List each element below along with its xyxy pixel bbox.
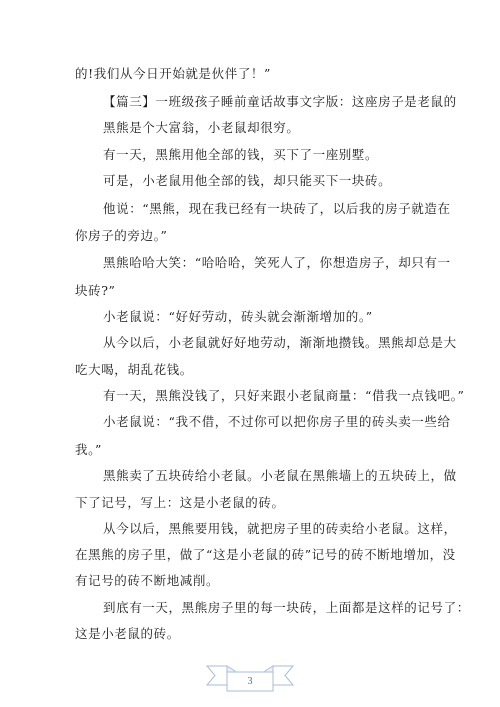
text-line: 吃大喝，胡乱花钱。 <box>75 362 475 378</box>
text-line: 在黑熊的房子里，做了“这是小老鼠的砖”记号的砖不断地增加，没 <box>75 547 475 563</box>
text-line: 可是，小老鼠用他全部的钱，却只能买下一块砖。 <box>103 173 500 189</box>
text-line: 到底有一天，黑熊房子里的每一块砖，上面都是这样的记号了： <box>103 600 500 616</box>
text-line: 【篇三】一班级孩子睡前童话故事文字版：这座房子是老鼠的 <box>103 94 500 110</box>
text-line: 你房子的旁边。” <box>75 228 475 244</box>
text-line: 黑熊卖了五块砖给小老鼠。小老鼠在黑熊墙上的五块砖上，做 <box>103 468 500 484</box>
text-line: 这是小老鼠的砖。 <box>75 626 475 642</box>
document-page: 的!我们从今日开始就是伙伴了！”【篇三】一班级孩子睡前童话故事文字版：这座房子是… <box>0 0 500 707</box>
text-line: 从今以后，小老鼠就好好地劳动，渐渐地攒钱。黑熊却总是大 <box>103 335 500 351</box>
page-number: 3 <box>227 673 273 691</box>
text-line: 的!我们从今日开始就是伙伴了！” <box>75 66 475 82</box>
text-line: 下了记号，写上：这是小老鼠的砖。 <box>75 495 475 511</box>
text-line: 我。” <box>75 442 475 458</box>
text-line: 他说：“黑熊，现在我已经有一块砖了，以后我的房子就造在 <box>103 201 500 217</box>
text-line: 有一天，黑熊用他全部的钱，买下了一座别墅。 <box>103 147 500 163</box>
text-line: 黑熊哈哈大笑：“哈哈哈，笑死人了，你想造房子，却只有一 <box>103 255 500 271</box>
text-line: 黑熊是个大富翁，小老鼠却很穷。 <box>103 120 500 136</box>
text-line: 有记号的砖不断地减削。 <box>75 573 475 589</box>
page-footer: 3 <box>205 663 295 693</box>
text-line: 从今以后，黑熊要用钱，就把房子里的砖卖给小老鼠。这样， <box>103 521 500 537</box>
text-line: 块砖?” <box>75 283 475 299</box>
text-line: 有一天，黑熊没钱了，只好来跟小老鼠商量：“借我一点钱吧。” <box>103 388 500 404</box>
text-line: 小老鼠说：“好好劳动，砖头就会渐渐增加的。” <box>103 309 500 325</box>
text-line: 小老鼠说：“我不借，不过你可以把你房子里的砖头卖一些给 <box>103 414 500 430</box>
